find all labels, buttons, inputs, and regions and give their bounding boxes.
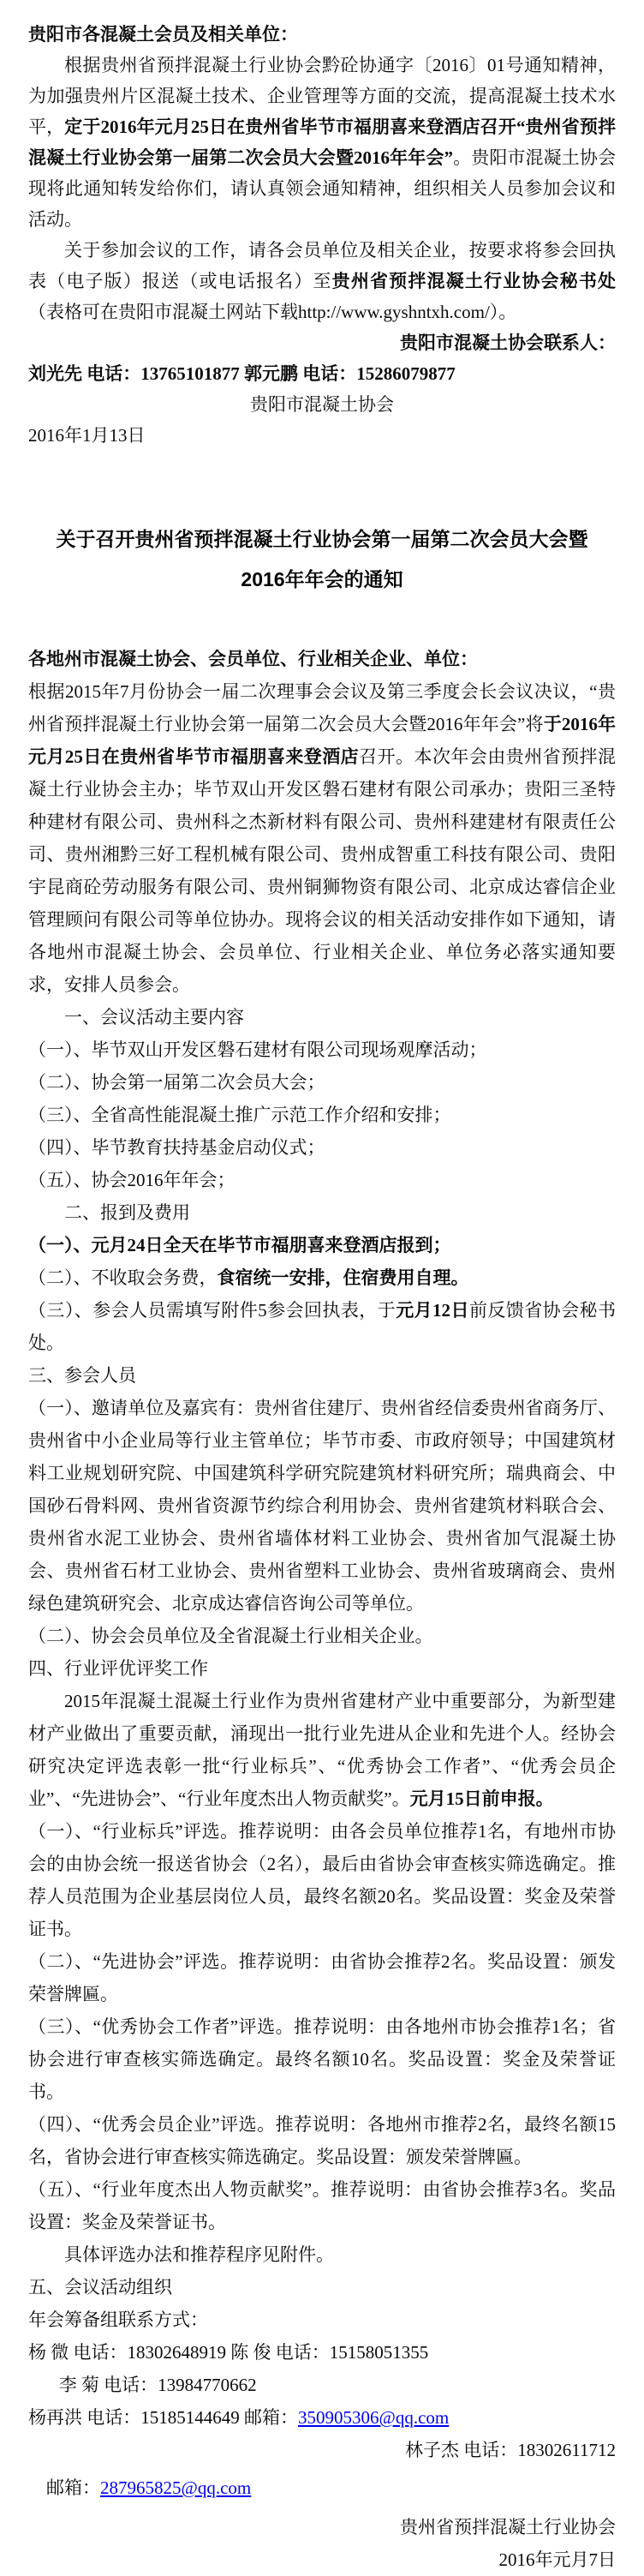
- text-run: （三）、全省高性能混凝土推广示范工作介绍和安排；: [28, 1105, 451, 1125]
- list-item: （五）、协会2016年年会；: [28, 1164, 616, 1196]
- text-run: 2016年1月13日: [28, 425, 146, 446]
- list-item: （三）、全省高性能混凝土推广示范工作介绍和安排；: [28, 1099, 616, 1131]
- recipient-heading: 贵阳市各混凝土会员及相关单位：: [28, 19, 616, 50]
- list-item: （一）、元月24日全天在毕节市福朋喜来登酒店报到；: [28, 1229, 616, 1261]
- signature-org: 贵州省预拌混凝土行业协会: [28, 2511, 616, 2543]
- contact-line: 邮箱：287965825@qq.com: [28, 2471, 616, 2504]
- list-item: （二）、不收取会务费，食宿统一安排，住宿费用自理。: [28, 1261, 616, 1294]
- paragraph: 关于参加会议的工作，请各会员单位及相关企业，按要求将参会回执表（电子版）报送（或…: [28, 235, 616, 327]
- bold-text-run: 贵阳市混凝土协会联系人：: [400, 332, 616, 353]
- contact-line: 林子杰 电话：18302611712: [28, 2434, 616, 2466]
- list-item: （三）、参会人员需填写附件5参会回执表，于元月12日前反馈省协会秘书处。: [28, 1294, 616, 1359]
- email-link[interactable]: 350905306@qq.com: [298, 2407, 449, 2428]
- text-run: （二）、协会第一届第二次会员大会；: [28, 1072, 325, 1093]
- text-run: （表格可在贵阳市混凝土网站下载http://www.gyshntxh.com/）…: [28, 302, 516, 322]
- list-item: （五）、“行业年度杰出人物贡献奖”。推荐说明：由省协会推荐3名。奖品设置：奖金及…: [28, 2173, 616, 2238]
- paragraph: 年会筹备组联系方式：: [28, 2303, 616, 2336]
- text-run: （二）、不收取会务费，: [28, 1267, 218, 1288]
- text-run: （一）、邀请单位及嘉宾有：贵州省住建厅、贵州省经信委贵州省商务厅、贵州省中小企业…: [28, 1398, 616, 1614]
- notice-title-line1: 关于召开贵州省预拌混凝土行业协会第一届第二次会员大会暨: [28, 519, 616, 560]
- section-heading: 一、会议活动主要内容: [28, 1001, 616, 1033]
- forward-notice-section: 贵阳市各混凝土会员及相关单位：根据贵州省预拌混凝土行业协会黔砼协通字〔2016〕…: [28, 19, 616, 451]
- bold-text-run: 贵阳市各混凝土会员及相关单位：: [28, 24, 298, 45]
- list-item: （一）、毕节双山开发区磐石建材有限公司现场观摩活动；: [28, 1033, 616, 1066]
- signature-org: 贵阳市混凝土协会: [28, 389, 616, 420]
- list-item: （四）、毕节教育扶持基金启动仪式；: [28, 1131, 616, 1164]
- text-run: （二）、“先进协会”评选。推荐说明：由省协会推荐2名。奖品设置：颁发荣誉牌匾。: [28, 1951, 616, 2004]
- text-run: 一、会议活动主要内容: [64, 1007, 244, 1027]
- paragraph: 具体评选办法和推荐程序见附件。: [28, 2238, 616, 2271]
- text-run: （三）、参会人员需填写附件5参会回执表，于: [28, 1300, 396, 1321]
- text-run: 杨再洪 电话：15185144649 邮箱：: [28, 2407, 298, 2428]
- text-run: 具体评选办法和推荐程序见附件。: [64, 2244, 334, 2265]
- contact-phones: 刘光先 电话：13765101877 郭元鹏 电话：15286079877: [28, 358, 616, 389]
- list-item: （二）、协会第一届第二次会员大会；: [28, 1066, 616, 1099]
- list-item: （三）、“优秀协会工作者”评选。推荐说明：由各地州市协会推荐1名；省协会进行审查…: [28, 2010, 616, 2108]
- text-run: （五）、协会2016年年会；: [28, 1170, 236, 1190]
- recipient-heading: 各地州市混凝土协会、会员单位、行业相关企业、单位：: [28, 643, 616, 675]
- text-run: 五、会议活动组织: [28, 2277, 172, 2297]
- text-run: （四）、“优秀会员企业”评选。推荐说明：各地州市推荐2名，最终名额15名，省协会…: [28, 2114, 616, 2167]
- document-page: 贵阳市各混凝土会员及相关单位：根据贵州省预拌混凝土行业协会黔砼协通字〔2016〕…: [0, 0, 644, 2576]
- text-run: （四）、毕节教育扶持基金启动仪式；: [28, 1137, 325, 1158]
- section-heading: 二、报到及费用: [28, 1196, 616, 1229]
- list-item: （一）、邀请单位及嘉宾有：贵州省住建厅、贵州省经信委贵州省商务厅、贵州省中小企业…: [28, 1392, 616, 1620]
- section-heading: 五、会议活动组织: [28, 2271, 616, 2303]
- text-run: 杨 微 电话：18302648919 陈 俊 电话：15158051355: [28, 2342, 428, 2363]
- text-run: 召开。本次年会由贵州省预拌混凝土行业协会主办；毕节双山开发区磐石建材有限公司承办…: [28, 746, 616, 995]
- list-item: （四）、“优秀会员企业”评选。推荐说明：各地州市推荐2名，最终名额15名，省协会…: [28, 2108, 616, 2173]
- text-run: 2016年元月7日: [499, 2549, 617, 2570]
- contact-line: 杨 微 电话：18302648919 陈 俊 电话：15158051355: [28, 2336, 616, 2369]
- email-link[interactable]: 287965825@qq.com: [100, 2477, 251, 2498]
- contact-line: 李 菊 电话：13984770662: [28, 2369, 616, 2401]
- paragraph: 2015年混凝土混凝土行业作为贵州省建材产业中重要部分，为新型建材产业做出了重要…: [28, 1685, 616, 1815]
- main-notice-section: 各地州市混凝土协会、会员单位、行业相关企业、单位：根据2015年7月份协会一届二…: [28, 643, 616, 2576]
- notice-title-line2: 2016年年会的通知: [28, 560, 616, 600]
- list-item: （一）、“行业标兵”评选。推荐说明：由各会员单位推荐1名，有地州市协会的由协会统…: [28, 1815, 616, 1945]
- text-run: 根据2015年7月份协会一届二次理事会会议及第三季度会长会议决议，“贵州省预拌混…: [28, 681, 616, 734]
- text-run: 贵州省预拌混凝土行业协会: [400, 2517, 616, 2537]
- text-run: （一）、“行业标兵”评选。推荐说明：由各会员单位推荐1名，有地州市协会的由协会统…: [28, 1821, 616, 1939]
- signature-date: 2016年1月13日: [28, 420, 616, 451]
- text-run: 邮箱：: [46, 2477, 100, 2498]
- paragraph: 根据贵州省预拌混凝土行业协会黔砼协通字〔2016〕01号通知精神，为加强贵州片区…: [28, 50, 616, 235]
- contact-line: 杨再洪 电话：15185144649 邮箱：350905306@qq.com: [28, 2401, 616, 2434]
- text-run: 四、行业评优评奖工作: [28, 1658, 208, 1679]
- bold-text-run: 刘光先 电话：13765101877 郭元鹏 电话：15286079877: [28, 363, 456, 384]
- text-run: 林子杰 电话：18302611712: [405, 2440, 616, 2460]
- bold-text-run: 元月15日前申报。: [410, 1788, 554, 1809]
- section-heading: 三、参会人员: [28, 1359, 616, 1392]
- list-item: （二）、协会会员单位及全省混凝土行业相关企业。: [28, 1620, 616, 1652]
- bold-text-run: 贵州省预拌混凝土行业协会秘书处: [332, 271, 616, 291]
- text-run: （一）、毕节双山开发区磐石建材有限公司现场观摩活动；: [28, 1039, 487, 1060]
- signature-date: 2016年元月7日: [28, 2543, 616, 2576]
- notice-title: 关于召开贵州省预拌混凝土行业协会第一届第二次会员大会暨 2016年年会的通知: [28, 519, 616, 600]
- bold-text-run: 各地州市混凝土协会、会员单位、行业相关企业、单位：: [28, 649, 478, 669]
- contact-person-label: 贵阳市混凝土协会联系人：: [28, 327, 616, 358]
- text-run: 年会筹备组联系方式：: [28, 2309, 208, 2330]
- bold-text-run: （一）、元月24日全天在毕节市福朋喜来登酒店报到；: [28, 1235, 451, 1255]
- text-run: 三、参会人员: [28, 1365, 136, 1386]
- text-run: 李 菊 电话：13984770662: [59, 2375, 257, 2395]
- bold-text-run: 食宿统一安排，住宿费用自理。: [218, 1267, 469, 1288]
- paragraph: 根据2015年7月份协会一届二次理事会会议及第三季度会长会议决议，“贵州省预拌混…: [28, 675, 616, 1001]
- bold-text-run: 元月12日: [396, 1300, 469, 1321]
- text-run: 贵阳市混凝土协会: [250, 394, 394, 415]
- text-run: 二、报到及费用: [64, 1202, 190, 1223]
- section-heading: 四、行业评优评奖工作: [28, 1652, 616, 1685]
- text-run: （三）、“优秀协会工作者”评选。推荐说明：由各地州市协会推荐1名；省协会进行审查…: [28, 2016, 616, 2102]
- text-run: （二）、协会会员单位及全省混凝土行业相关企业。: [28, 1626, 433, 1646]
- list-item: （二）、“先进协会”评选。推荐说明：由省协会推荐2名。奖品设置：颁发荣誉牌匾。: [28, 1945, 616, 2010]
- text-run: （五）、“行业年度杰出人物贡献奖”。推荐说明：由省协会推荐3名。奖品设置：奖金及…: [28, 2179, 616, 2232]
